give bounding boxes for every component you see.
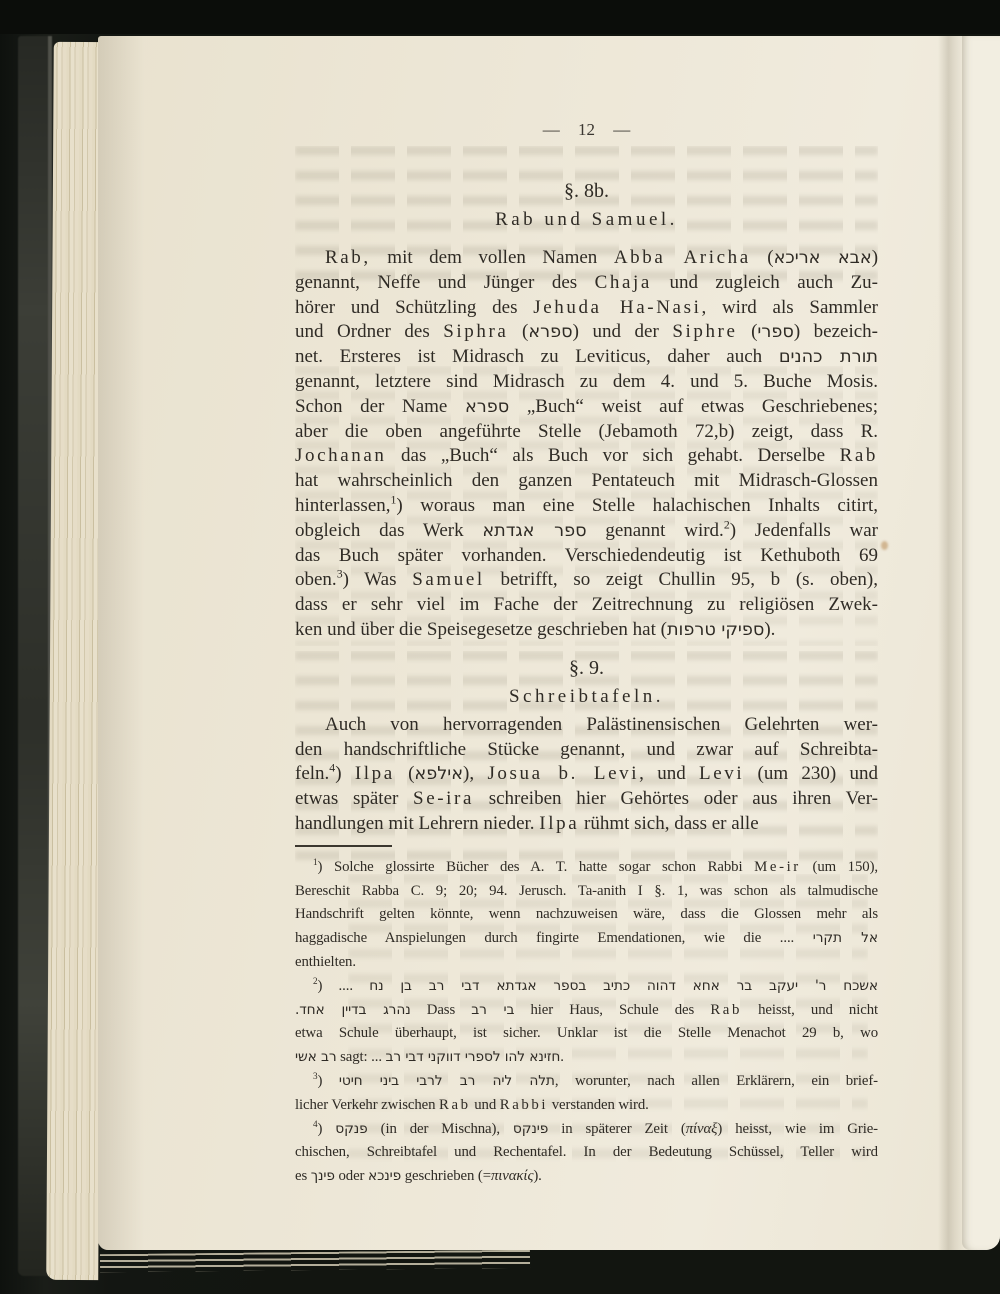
text-segment: oder xyxy=(335,1168,368,1184)
text-segment: ) .... xyxy=(317,978,369,994)
text-line: feln.4) Ilpa (אילפא), Josua b. Levi, und… xyxy=(295,762,878,787)
text-segment: hinterlassen, xyxy=(295,495,391,516)
section-number: §. 8b. xyxy=(295,178,878,204)
text-segment: ) xyxy=(317,1121,335,1137)
text-line: Auch von hervorragenden Palästinensische… xyxy=(295,713,878,738)
section-title: Schreibtafeln. xyxy=(295,685,878,709)
footnote: 2) .... אשכח ר' יעקב בר אחא דהוה כתיב בס… xyxy=(295,975,878,1070)
text-line: hat wahrscheinlich den ganzen Pentateuch… xyxy=(295,469,878,494)
text-line: ken und über die Speisegesetze geschrieb… xyxy=(295,618,878,643)
text-segment: ) woraus man eine Stelle halachischen In… xyxy=(396,495,878,516)
text-segment: genannt, Neffe und Jünger des xyxy=(295,272,595,293)
text-segment: ken und über die Speisegesetze geschrieb… xyxy=(295,619,667,640)
text-segment: dass er sehr viel im Fache der Zeitrechn… xyxy=(295,594,878,615)
hebrew-text: פינך xyxy=(311,1168,335,1184)
text-segment: hörer und Schützling des xyxy=(295,297,533,318)
text-line: Rab, mit dem vollen Namen Abba Aricha (א… xyxy=(295,246,878,271)
text-line: etwas später Se-ira schreiben hier Gehör… xyxy=(295,787,878,812)
text-segment: (in der Mischna), xyxy=(368,1121,513,1137)
text-segment: ( xyxy=(395,763,415,784)
footnote: 1) Solche glossirte Bücher des A. T. hat… xyxy=(295,856,878,975)
text-segment: und Ordner des xyxy=(295,321,443,342)
text-line: den handschriftliche Stücke genannt, und… xyxy=(295,738,878,763)
hebrew-text: ספרא xyxy=(528,322,572,342)
text-segment: , worunter, nach allen Erklärern, ein br… xyxy=(555,1073,878,1089)
text-line: genannt, Neffe und Jünger des Chaja und … xyxy=(295,271,878,296)
spaced-name: Ilpa xyxy=(539,813,579,834)
hebrew-text: פינכא xyxy=(368,1168,401,1184)
text-line: aber die oben angeführte Stelle (Jebamot… xyxy=(295,420,878,445)
text-segment: betrifft, so zeigt Chullin 95, b (s. obe… xyxy=(485,569,878,590)
text-segment: obgleich das Werk xyxy=(295,520,482,541)
sections-container: §. 8b.Rab und Samuel.Rab, mit dem vollen… xyxy=(295,178,878,837)
spaced-name: Levi xyxy=(699,763,744,784)
spaced-name: Rabbi xyxy=(500,1097,548,1113)
text-segment: , und xyxy=(639,763,699,784)
text-segment: etwa Schule überhaupt, ist sicher. Unkla… xyxy=(295,1025,878,1041)
text-segment: genannt, letztere sind Midrasch zu dem 4… xyxy=(295,371,878,392)
text-line: handlungen mit Lehrern nieder. Ilpa rühm… xyxy=(295,812,878,837)
hebrew-text: אל תקרי xyxy=(813,930,878,946)
text-segment: ) xyxy=(872,247,878,268)
text-segment: schreiben hier Gehörtes oder aus ihren V… xyxy=(474,788,878,809)
text-segment: licher Verkehr zwischen xyxy=(295,1097,439,1113)
page-crease xyxy=(938,36,964,1250)
spaced-name: Jochanan xyxy=(295,445,387,466)
text-line: etwa Schule überhaupt, ist sicher. Unkla… xyxy=(295,1022,878,1046)
hebrew-text: אילפא xyxy=(414,764,463,784)
text-segment: es xyxy=(295,1168,311,1184)
greek-text: πινακίς xyxy=(491,1168,533,1184)
spaced-name: Rab, xyxy=(325,247,371,268)
text-segment: ) und der xyxy=(573,321,673,342)
hebrew-text: תורת כהנים xyxy=(779,347,878,367)
text-segment: , wird als Sammler xyxy=(701,297,878,318)
text-line: haggadische Anspielungen durch fingirte … xyxy=(295,927,878,951)
text-line: Schon der Name ספרא „Buch“ weist auf etw… xyxy=(295,395,878,420)
spaced-name: Rab xyxy=(439,1097,471,1113)
spaced-name: Samuel xyxy=(412,569,485,590)
hebrew-text: חזינא להו לספרי דווקני דבי רב xyxy=(386,1049,561,1065)
text-line: נהרג בדיין אחד. Dass בי רב hier Haus, Sc… xyxy=(295,999,878,1023)
facing-page-sliver xyxy=(962,36,1000,1250)
text-segment: ) bezeich- xyxy=(794,321,878,342)
text-segment: (um 230) und xyxy=(744,763,878,784)
footnote-separator xyxy=(295,845,392,847)
spaced-name: Rab xyxy=(710,1002,742,1018)
text-segment: ). xyxy=(764,619,775,640)
hebrew-text: ספר אגדתא xyxy=(482,521,586,541)
hebrew-text: פינקס xyxy=(513,1121,548,1137)
hebrew-text: תלה ליה רב לרבי ביני חיטי xyxy=(339,1073,555,1089)
text-segment: ) Solche glossirte Bücher des A. T. hatt… xyxy=(317,859,754,875)
text-segment: ( xyxy=(738,321,758,342)
text-segment: ). xyxy=(533,1168,541,1184)
text-line: net. Ersteres ist Midrasch zu Leviticus,… xyxy=(295,345,878,370)
text-segment: net. Ersteres ist Midrasch zu Leviticus,… xyxy=(295,346,779,367)
text-segment: enthielten. xyxy=(295,954,356,970)
text-segment: ) xyxy=(335,763,355,784)
text-segment: aber die oben angeführte Stelle (Jebamot… xyxy=(295,421,878,442)
text-line: chischen, Schreibtafel und Rechentafel. … xyxy=(295,1141,878,1165)
page-edge-stack xyxy=(46,42,106,1280)
text-segment: ) xyxy=(317,1073,338,1089)
hebrew-text: ספרא xyxy=(465,397,509,417)
text-segment: in späterer Zeit ( xyxy=(548,1121,685,1137)
hebrew-text: בי רב xyxy=(471,1002,514,1018)
text-segment: das „Buch“ als Buch vor sich gehabt. Der… xyxy=(387,445,840,466)
text-segment: Dass xyxy=(411,1002,472,1018)
text-segment: oben. xyxy=(295,569,337,590)
text-segment: handlungen mit Lehrern nieder. xyxy=(295,813,539,834)
text-segment: den handschriftliche Stücke genannt, und… xyxy=(295,739,878,760)
text-segment: Bereschit Rabba C. 9; 20; 94. Jerusch. T… xyxy=(295,883,878,899)
stain-mark xyxy=(881,541,888,550)
text-line: obgleich das Werk ספר אגדתא genannt wird… xyxy=(295,519,878,544)
text-line: enthielten. xyxy=(295,951,878,975)
text-segment: hier Haus, Schule des xyxy=(514,1002,710,1018)
hebrew-text: אשכח ר' יעקב בר אחא דהוה כתיב בספר אגדתא… xyxy=(369,978,878,994)
text-segment: chischen, Schreibtafel und Rechentafel. … xyxy=(295,1144,878,1160)
footnotes-container: 1) Solche glossirte Bücher des A. T. hat… xyxy=(295,856,878,1189)
spaced-name: Ilpa xyxy=(355,763,395,784)
spaced-name: Se-ira xyxy=(413,788,474,809)
page-number: — 12 — xyxy=(295,120,878,140)
text-line: oben.3) Was Samuel betrifft, so zeigt Ch… xyxy=(295,568,878,593)
text-line: dass er sehr viel im Fache der Zeitrechn… xyxy=(295,593,878,618)
spaced-name: Jehuda Ha-Nasi xyxy=(533,297,701,318)
text-segment: Handschrift gelten könnte, wenn nachzuwe… xyxy=(295,906,878,922)
text-line: genannt, letztere sind Midrasch zu dem 4… xyxy=(295,370,878,395)
text-line: es פינך oder פינכא geschrieben (=πινακίς… xyxy=(295,1165,878,1189)
spaced-name: Siphre xyxy=(672,321,737,342)
gutter-shadow xyxy=(98,36,144,1250)
text-line: hinterlassen,1) woraus man eine Stelle h… xyxy=(295,494,878,519)
text-segment: ( xyxy=(751,247,774,268)
text-segment: Auch von hervorragenden Palästinensische… xyxy=(325,714,878,735)
text-segment: verstanden wird. xyxy=(548,1097,649,1113)
paragraph: Auch von hervorragenden Palästinensische… xyxy=(295,713,878,837)
text-segment: das Buch später vorhanden. Verschiedende… xyxy=(295,545,878,566)
text-line: Bereschit Rabba C. 9; 20; 94. Jerusch. T… xyxy=(295,880,878,904)
text-line: das Buch später vorhanden. Verschiedende… xyxy=(295,544,878,569)
text-line: licher Verkehr zwischen Rab und Rabbi ve… xyxy=(295,1094,878,1118)
text-segment: mit dem vollen Namen xyxy=(371,247,614,268)
text-line: Handschrift gelten könnte, wenn nachzuwe… xyxy=(295,903,878,927)
text-segment: ) heisst, wie im Grie- xyxy=(717,1121,878,1137)
section-number: §. 9. xyxy=(295,655,878,681)
page-content: — 12 — §. 8b.Rab und Samuel.Rab, mit dem… xyxy=(295,36,878,1189)
text-line: und Ordner des Siphra (ספרא) und der Sip… xyxy=(295,320,878,345)
spaced-name: Abba Aricha xyxy=(614,247,751,268)
text-segment: haggadische Anspielungen durch fingirte … xyxy=(295,930,813,946)
hebrew-text: ספיקי טרפות xyxy=(667,620,764,640)
text-segment: und zugleich auch Zu- xyxy=(652,272,878,293)
text-segment: genannt wird. xyxy=(587,520,724,541)
hebrew-text: רב אשי xyxy=(295,1049,337,1065)
book-page: — 12 — §. 8b.Rab und Samuel.Rab, mit dem… xyxy=(98,36,1000,1250)
text-segment: Schon der Name xyxy=(295,396,465,417)
text-segment: geschrieben (= xyxy=(401,1168,491,1184)
text-line: 3) תלה ליה רב לרבי ביני חיטי, worunter, … xyxy=(295,1070,878,1094)
text-line: 4) פנקס (in der Mischna), פינקס in späte… xyxy=(295,1118,878,1142)
text-segment: feln. xyxy=(295,763,329,784)
text-segment: ) Jedenfalls war xyxy=(730,520,878,541)
text-segment: und xyxy=(471,1097,500,1113)
text-line: hörer und Schützling des Jehuda Ha-Nasi,… xyxy=(295,296,878,321)
text-line: רב אשי sagt: ... חזינא להו לספרי דווקני … xyxy=(295,1046,878,1070)
paragraph: Rab, mit dem vollen Namen Abba Aricha (א… xyxy=(295,246,878,643)
hebrew-text: נהרג בדיין אחד. xyxy=(295,1002,411,1018)
spaced-name: Siphra xyxy=(443,321,508,342)
text-segment: . xyxy=(560,1049,564,1065)
text-segment: heisst, und nicht xyxy=(742,1002,878,1018)
text-line: 1) Solche glossirte Bücher des A. T. hat… xyxy=(295,856,878,880)
greek-text: πίναξ xyxy=(686,1121,718,1137)
hebrew-text: ספרי xyxy=(757,322,793,342)
text-segment: ) Was xyxy=(343,569,413,590)
text-segment: „Buch“ weist auf etwas Geschriebenes; xyxy=(509,396,878,417)
spaced-name: Chaja xyxy=(595,272,652,293)
footnote: 3) תלה ליה רב לרבי ביני חיטי, worunter, … xyxy=(295,1070,878,1118)
text-segment: ), xyxy=(463,763,487,784)
section-title: Rab und Samuel. xyxy=(295,208,878,232)
scan-root: { "header": { "page_number": "12", "page… xyxy=(0,0,1000,1294)
background-top-band xyxy=(0,0,1000,34)
text-segment: rühmt sich, dass er alle xyxy=(579,813,758,834)
text-segment: ( xyxy=(508,321,528,342)
hebrew-text: אבא אריכא xyxy=(774,248,872,268)
spaced-name: Me-ir xyxy=(754,859,801,875)
footnote: 4) פנקס (in der Mischna), פינקס in späte… xyxy=(295,1118,878,1189)
spaced-name: Josua b. Levi xyxy=(487,763,639,784)
text-segment: etwas später xyxy=(295,788,413,809)
text-segment: hat wahrscheinlich den ganzen Pentateuch… xyxy=(295,470,878,491)
text-segment: (um 150), xyxy=(801,859,878,875)
text-segment: sagt: ... xyxy=(337,1049,386,1065)
hebrew-text: פנקס xyxy=(335,1121,367,1137)
spaced-name: Rab xyxy=(840,445,878,466)
text-line: Jochanan das „Buch“ als Buch vor sich ge… xyxy=(295,444,878,469)
text-line: 2) .... אשכח ר' יעקב בר אחא דהוה כתיב בס… xyxy=(295,975,878,999)
